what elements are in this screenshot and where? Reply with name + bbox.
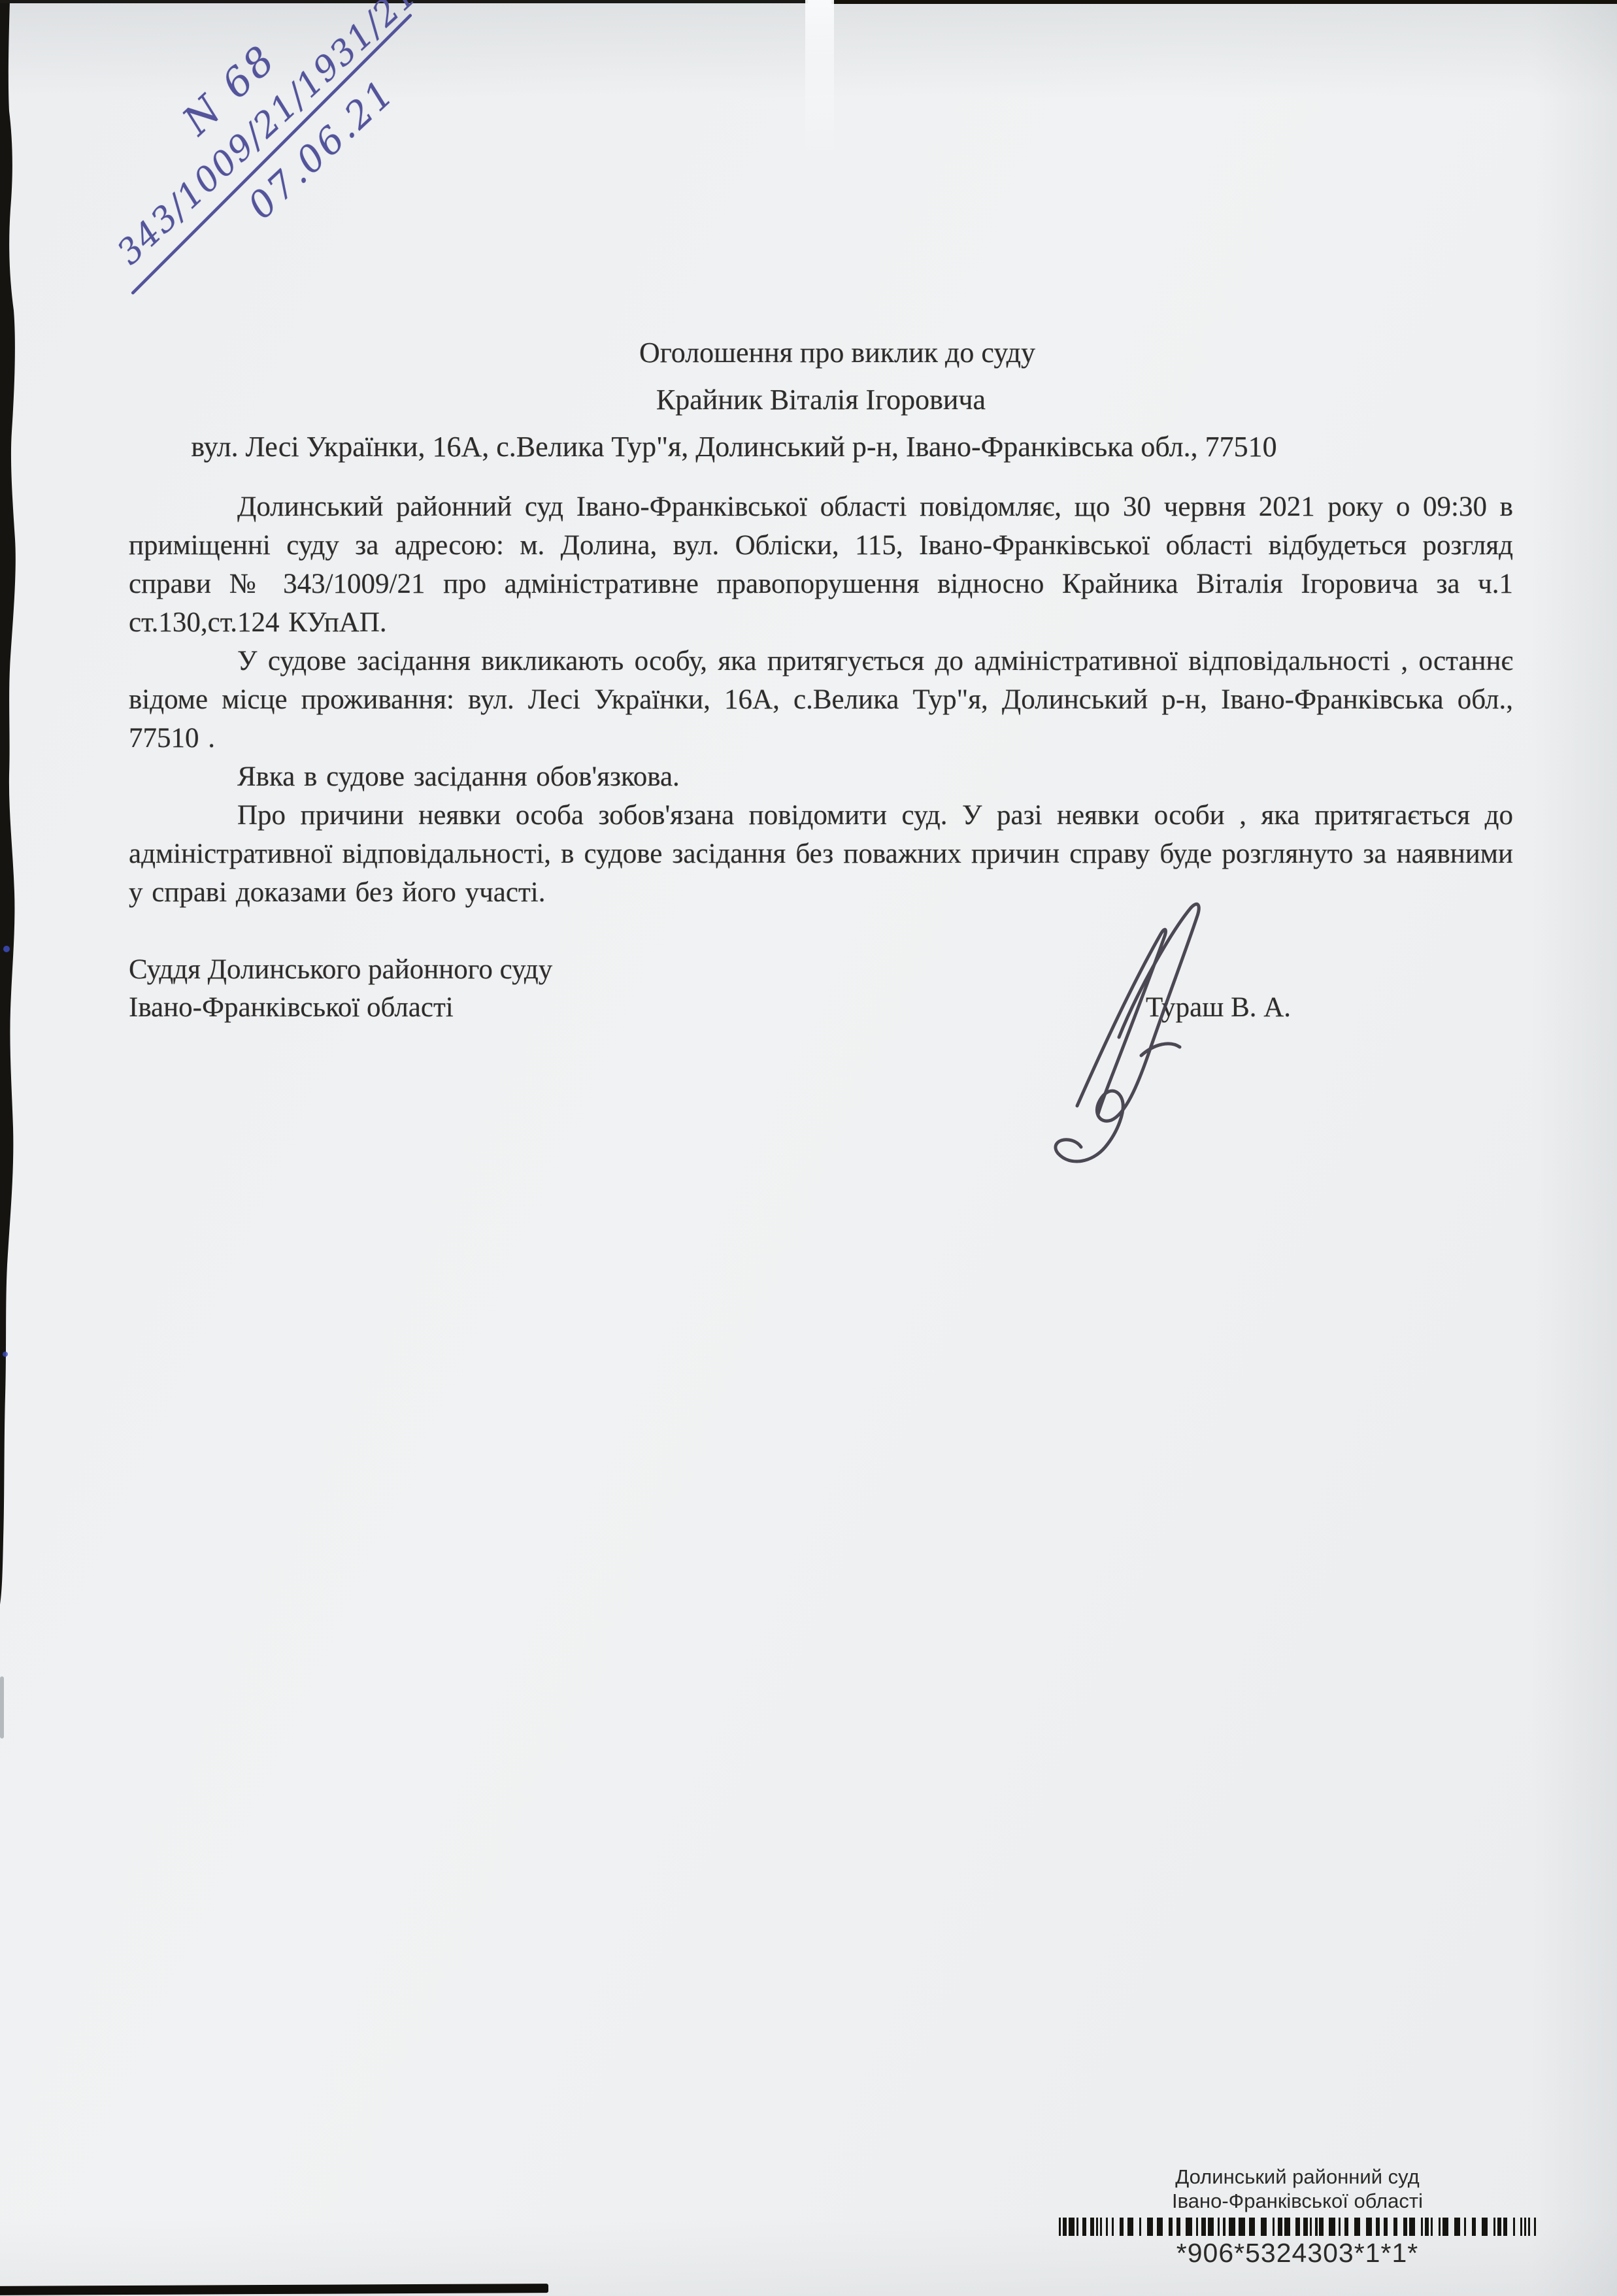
document-text: Оголошення про виклик до суду Крайник Ві… (129, 329, 1513, 1027)
addressee-name: Крайник Віталія Ігоровича (129, 376, 1513, 424)
document-header: Оголошення про виклик до суду Крайник Ві… (129, 329, 1513, 471)
judge-role-line2: Івано-Франківської області (129, 989, 1513, 1027)
stamp-court-name-line2: Івано-Франківської області (1059, 2189, 1536, 2213)
paper-background: N 68 343/1009/21/1931/21 07.06.21 Оголош… (0, 0, 1617, 2296)
paper-seam-highlight (805, 0, 834, 157)
bottom-scan-edge-bar (0, 2284, 548, 2295)
judge-role-line1: Суддя Долинського районного суду (129, 951, 1513, 989)
barcode-text: *906*5324303*1*1* (1059, 2238, 1536, 2269)
stamp-court-name-line1: Долинський районний суд (1059, 2165, 1536, 2189)
document-body: Долинський районний суд Івано-Франківськ… (129, 488, 1513, 912)
note-number: N 68 (73, 0, 363, 238)
judge-role: Суддя Долинського районного суду Івано-Ф… (129, 951, 1513, 1027)
left-scan-edge-artifact (0, 0, 26, 2296)
document-title: Оголошення про виклик до суду (129, 329, 1513, 376)
barcode (1059, 2218, 1536, 2236)
paragraph-attendance: Явка в судове засідання обов'язкова. (129, 757, 1513, 796)
court-stamp: Долинський районний суд Івано-Франківськ… (1059, 2165, 1536, 2269)
judge-signature-scribble (1026, 879, 1235, 1186)
paragraph-hearing-info: Долинський районний суд Івано-Франківськ… (129, 488, 1513, 642)
paragraph-absence-warning: Про причини неявки особа зобов'язана пов… (129, 796, 1513, 912)
scanned-court-document-page: { "handwritten_note": { "line1": "N 68",… (0, 0, 1617, 2296)
signature-block: Суддя Долинського районного суду Івано-Ф… (129, 951, 1513, 1027)
addressee-address: вул. Лесі Українки, 16А, с.Велика Тур"я,… (129, 424, 1513, 471)
top-scan-edge-line-right (831, 0, 1617, 4)
handwritten-case-note: N 68 343/1009/21/1931/21 07.06.21 (73, 0, 434, 314)
paragraph-summons: У судове засідання викликають особу, яка… (129, 642, 1513, 757)
